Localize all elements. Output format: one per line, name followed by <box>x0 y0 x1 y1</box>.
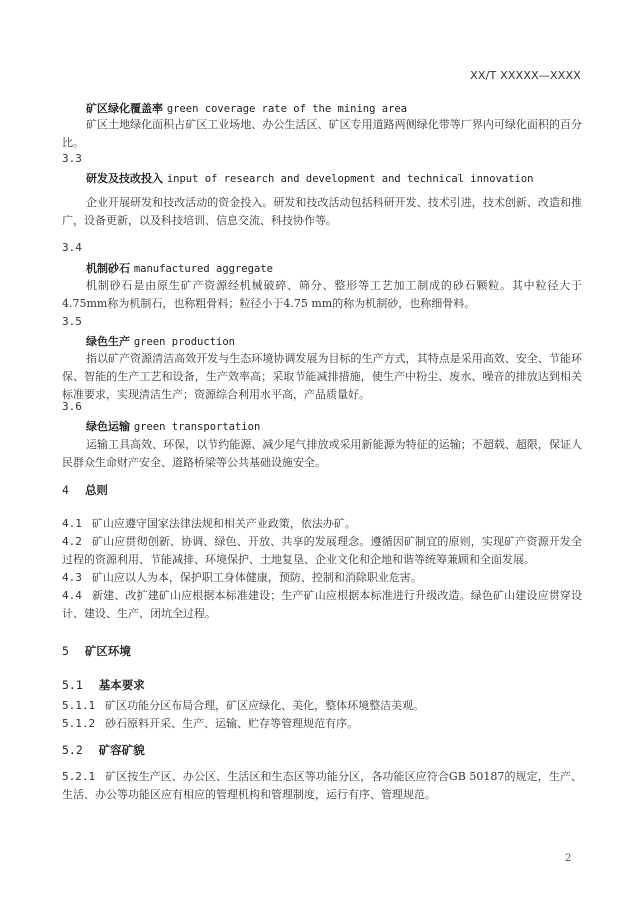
clause: 5.1.2砂石原料开采、生产、运输、贮存等管理规范有序。 <box>62 715 582 733</box>
clause: 4.4新建、改扩建矿山应根据本标准建设；生产矿山应根据本标准进行升级改造。绿色矿… <box>62 587 582 623</box>
subsection-title: 矿容矿貌 <box>99 743 145 757</box>
term-number: 3.3 <box>62 152 82 165</box>
term-en: green transportation <box>134 421 260 433</box>
clause-text: 矿区按生产区、办公区、生活区和生态区等功能分区，各功能区应符合GB 50187的… <box>62 770 582 801</box>
term-definition: 机制砂石是由原生矿产资源经机械破碎、筛分、整形等工艺加工制成的砂石颗粒。其中粒径… <box>62 277 582 313</box>
clause-id: 4.2 <box>62 535 82 548</box>
term-en: green production <box>134 336 235 348</box>
clause: 4.3矿山应以人为本，保护职工身体健康，预防、控制和消除职业危害。 <box>62 569 582 587</box>
clause-text: 矿区功能分区布局合理，矿区应绿化、美化，整体环境整洁美观。 <box>105 699 424 712</box>
section-title: 总则 <box>85 483 108 497</box>
term-en: manufactured aggregate <box>134 263 273 275</box>
page-number: 2 <box>565 853 571 864</box>
document-page: XX/T XXXXX—XXXX 矿区绿化覆盖率 green coverage r… <box>0 0 629 909</box>
term-definition: 企业开展研发和技改活动的资金投入。研发和技改活动包括科研开发、技术引进，技术创新… <box>62 194 582 230</box>
section-heading: 4总则 <box>62 482 108 498</box>
term-cn: 机制砂石 <box>86 262 130 275</box>
term-definition: 运输工具高效、环保，以节约能源、减少尾气排放或采用新能源为特征的运输；不超载、超… <box>62 436 582 472</box>
term-title: 矿区绿化覆盖率 green coverage rate of the minin… <box>86 100 407 116</box>
term-definition: 矿区土地绿化面积占矿区工业场地、办公生活区、矿区专用道路两侧绿化带等厂界内可绿化… <box>62 116 582 152</box>
section-number: 5 <box>62 644 69 658</box>
section-number: 4 <box>62 483 69 497</box>
term-number: 3.4 <box>62 241 82 254</box>
subsection-title: 基本要求 <box>99 678 145 692</box>
standard-code: XX/T XXXXX—XXXX <box>470 69 581 82</box>
subsection-heading: 5.1基本要求 <box>62 677 145 693</box>
clause-text: 矿山应遵守国家法律法规和相关产业政策，依法办矿。 <box>92 517 356 530</box>
clause: 4.1矿山应遵守国家法律法规和相关产业政策，依法办矿。 <box>62 515 582 533</box>
clause-text: 新建、改扩建矿山应根据本标准建设；生产矿山应根据本标准进行升级改造。绿色矿山建设… <box>62 589 582 620</box>
clause-id: 4.1 <box>62 517 82 530</box>
term-en: green coverage rate of the mining area <box>167 103 407 115</box>
clause-id: 4.3 <box>62 571 82 584</box>
term-cn: 研发及技改投入 <box>86 172 163 185</box>
term-en: input of research and development and te… <box>167 173 534 185</box>
clause-id: 5.1.2 <box>62 717 95 730</box>
term-number: 3.5 <box>62 315 82 328</box>
term-title: 绿色生产 green production <box>86 333 235 349</box>
clause-id: 5.1.1 <box>62 699 95 712</box>
section-heading: 5矿区环境 <box>62 643 131 659</box>
clause-text: 矿山应以人为本，保护职工身体健康，预防、控制和消除职业危害。 <box>92 571 422 584</box>
term-number: 3.6 <box>62 400 82 413</box>
clause-id: 4.4 <box>62 589 82 602</box>
clause: 5.1.1矿区功能分区布局合理，矿区应绿化、美化，整体环境整洁美观。 <box>62 697 582 715</box>
term-definition: 指以矿产资源清洁高效开发与生态环境协调发展为目标的生产方式，其特点是采用高效、安… <box>62 350 582 404</box>
clause: 5.2.1矿区按生产区、办公区、生活区和生态区等功能分区，各功能区应符合GB 5… <box>62 768 582 804</box>
term-title: 绿色运输 green transportation <box>86 418 260 434</box>
term-cn: 绿色生产 <box>86 335 130 348</box>
section-title: 矿区环境 <box>85 644 131 658</box>
term-title: 机制砂石 manufactured aggregate <box>86 260 273 276</box>
term-title: 研发及技改投入 input of research and developmen… <box>86 170 534 186</box>
subsection-number: 5.2 <box>62 743 83 757</box>
term-cn: 绿色运输 <box>86 420 130 433</box>
clause-text: 矿山应贯彻创新、协调、绿色、开放、共享的发展理念。遵循因矿制宜的原则，实现矿产资… <box>62 535 582 566</box>
subsection-heading: 5.2矿容矿貌 <box>62 742 145 758</box>
subsection-number: 5.1 <box>62 678 83 692</box>
clause-text: 砂石原料开采、生产、运输、贮存等管理规范有序。 <box>105 717 358 730</box>
term-cn: 矿区绿化覆盖率 <box>86 102 163 115</box>
clause: 4.2矿山应贯彻创新、协调、绿色、开放、共享的发展理念。遵循因矿制宜的原则，实现… <box>62 533 582 569</box>
clause-id: 5.2.1 <box>62 770 95 783</box>
